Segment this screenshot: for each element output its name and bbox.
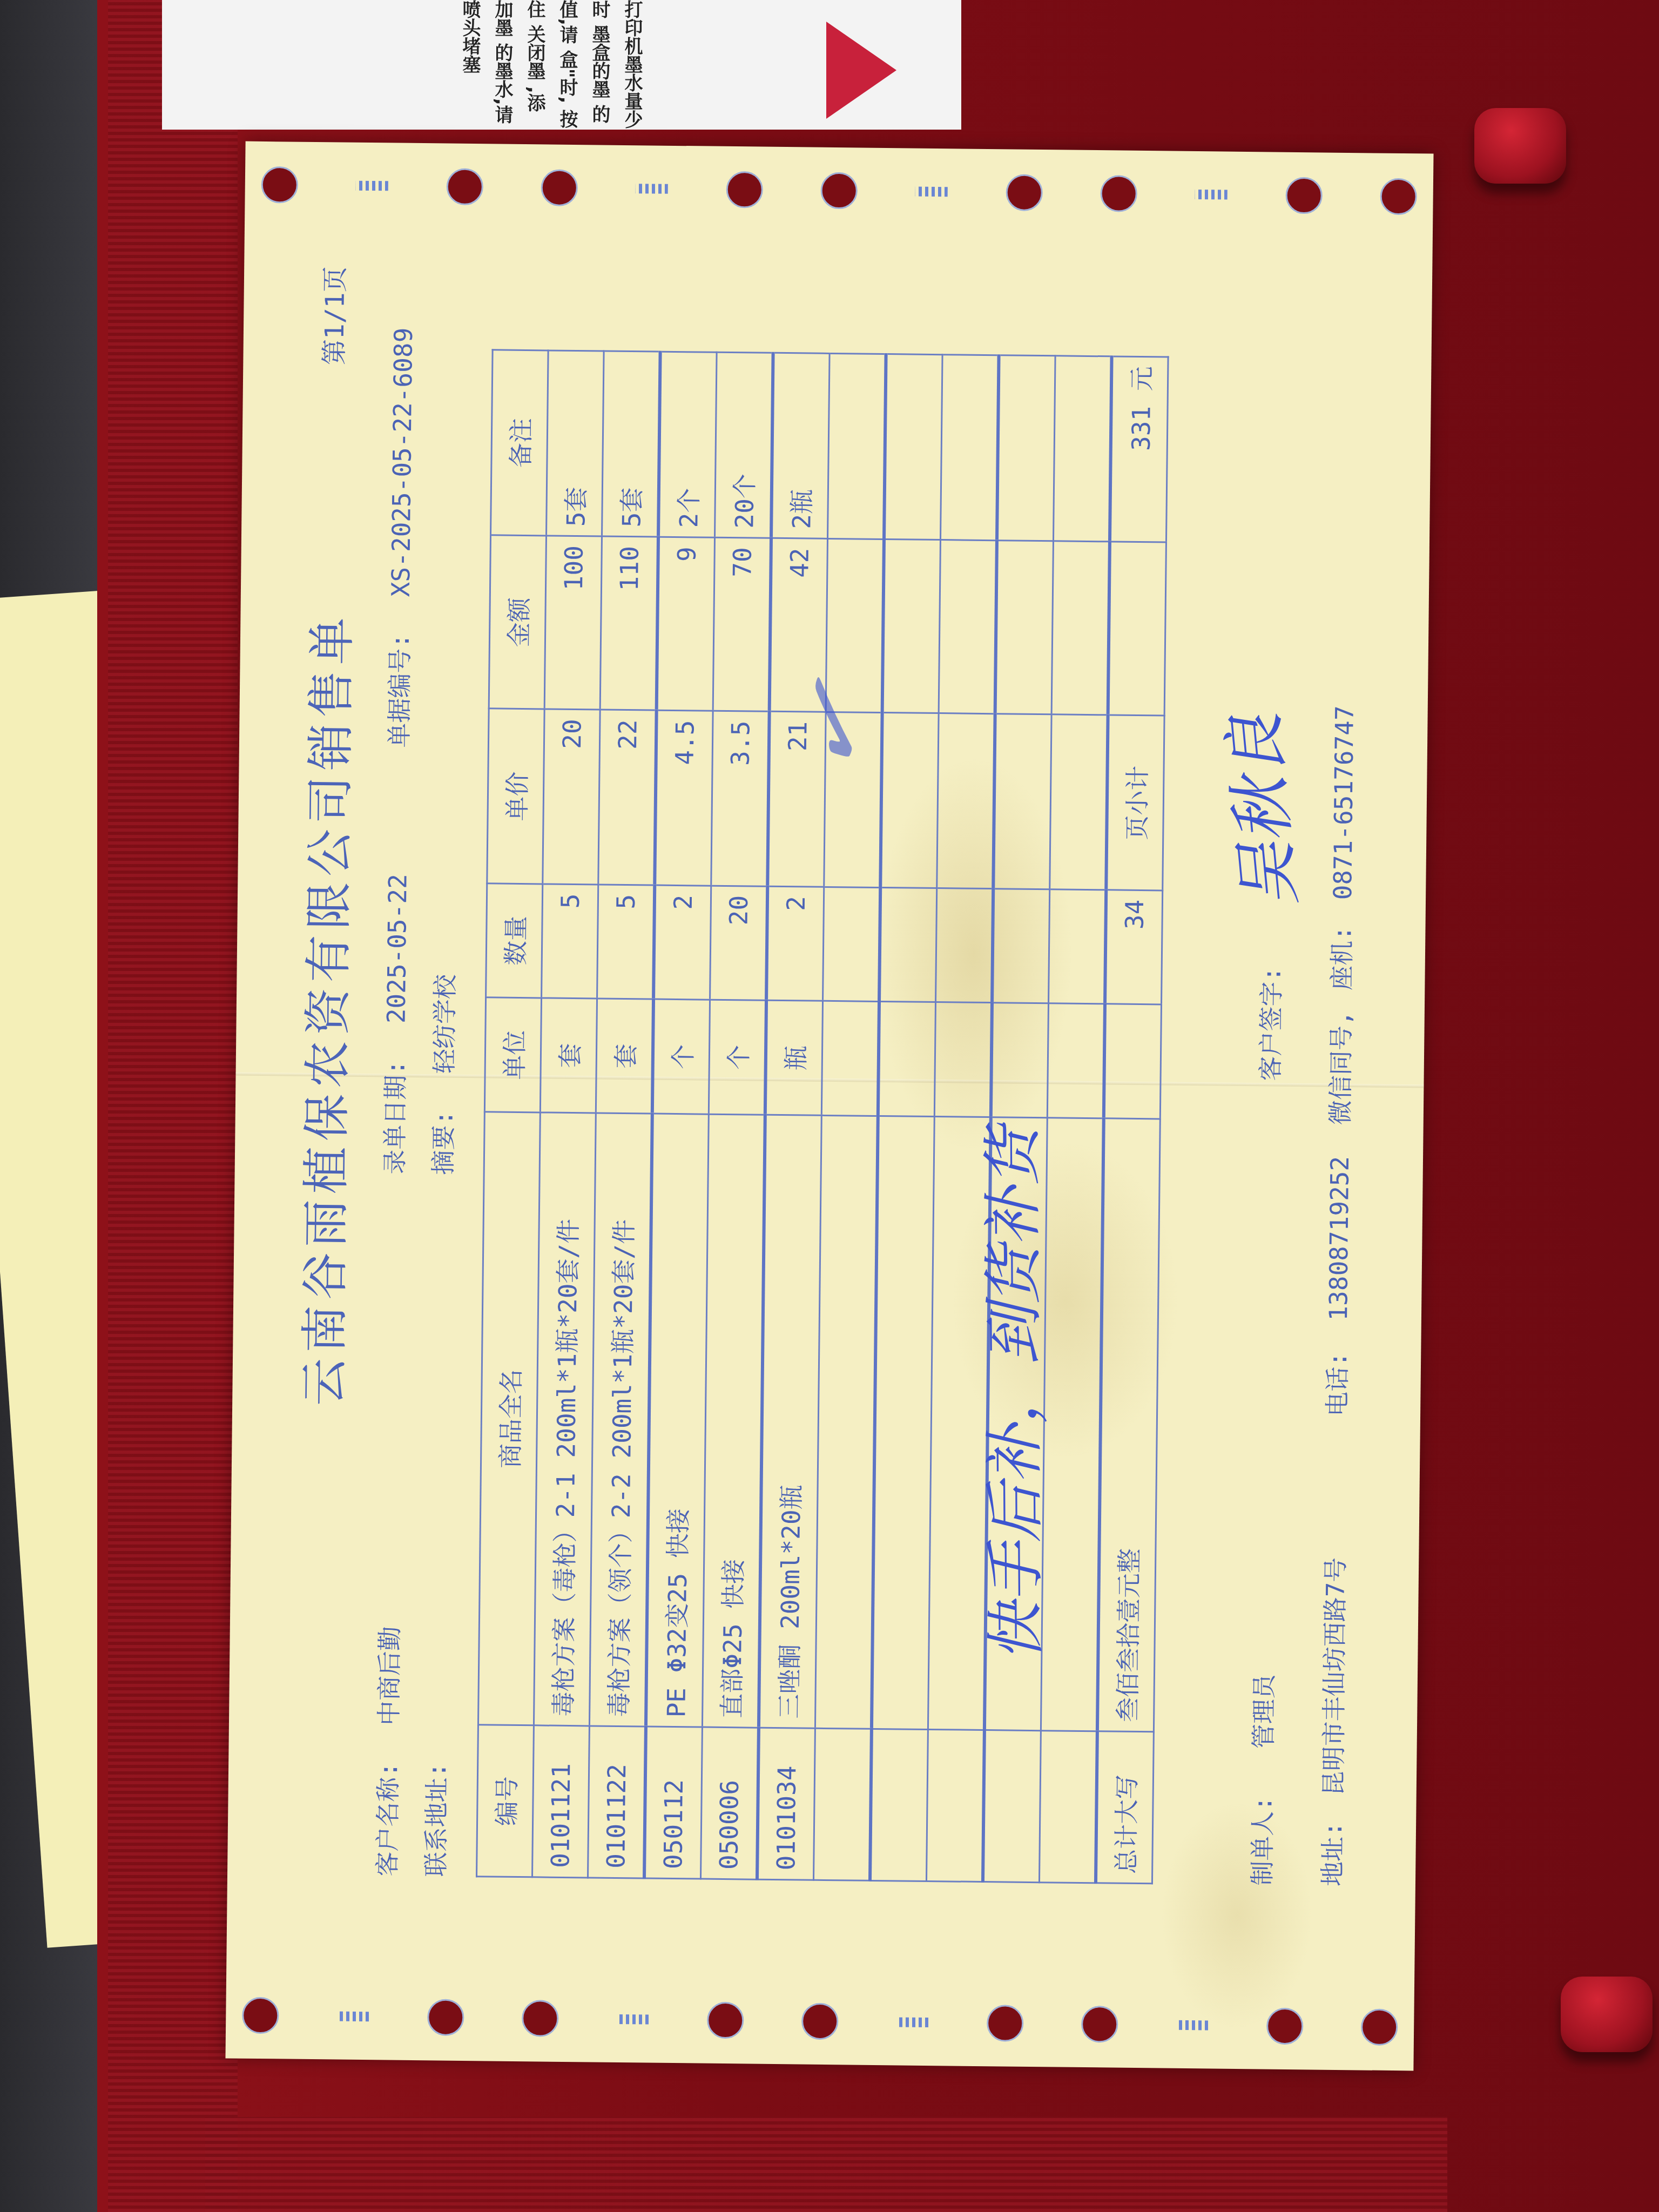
tray-ribs — [108, 0, 238, 2212]
tractor-holes-left — [242, 1983, 1398, 2060]
perforation — [356, 181, 388, 191]
hole — [726, 171, 763, 208]
maker-label: 制单人: — [1247, 1796, 1278, 1885]
phone-value: 13808719252 — [1324, 1156, 1354, 1321]
cell-name: 毒枪方案（领个）2-2 200ml*1瓶*20套/件 — [589, 1113, 652, 1727]
cell-qty: 20 — [710, 886, 768, 1001]
perforation — [1195, 190, 1228, 200]
cell-price: 20 — [543, 709, 600, 884]
cell-amount: 9 — [657, 537, 715, 711]
col-amount: 金额 — [489, 535, 546, 709]
bill-number-value: XS-2025-05-22-6089 — [386, 327, 418, 597]
hole — [1006, 174, 1043, 211]
hole — [1285, 177, 1323, 214]
perforation — [616, 2014, 649, 2025]
hole — [707, 2002, 744, 2039]
date-label: 录单日期: — [380, 1060, 410, 1175]
wechat-note: 微信同号, — [1326, 1010, 1356, 1125]
cell-unit: 瓶 — [765, 1001, 823, 1116]
summary-value: 轻纺学校 — [430, 974, 460, 1074]
hole — [1266, 2008, 1303, 2045]
page-subtotal-label: 页小计 — [1106, 715, 1164, 890]
cell-qty: 2 — [653, 885, 711, 1000]
bill-number-label: 单据编号: — [385, 633, 415, 748]
date-value: 2025-05-22 — [382, 874, 413, 1024]
cell-name: PE Φ32变25 快接 — [646, 1114, 709, 1727]
cell-code: 050006 — [701, 1727, 759, 1879]
cell-code: 050112 — [644, 1727, 702, 1879]
cell-code: 0101122 — [588, 1726, 646, 1878]
sales-receipt: 云南谷雨植保农资有限公司销售单 第1/1页 客户名称: 中商后勤 联系地址: 录… — [225, 141, 1433, 2071]
cell-qty: 5 — [542, 884, 598, 999]
hole — [261, 166, 298, 204]
total-amount: 331 元 — [1110, 356, 1168, 542]
hole — [1361, 2008, 1398, 2046]
hole — [427, 1999, 464, 2036]
cell-unit: 套 — [540, 998, 597, 1113]
cell-remark: 2个 — [658, 352, 717, 537]
cell-code: 0101121 — [532, 1725, 590, 1878]
tray-knob-top — [1474, 108, 1566, 184]
tray-ribs-bottom — [205, 2117, 1447, 2212]
hole — [541, 169, 578, 206]
perforation — [915, 187, 948, 197]
phone-label: 电话: — [1323, 1352, 1352, 1417]
col-price: 单价 — [487, 709, 544, 884]
customer-row: 客户名称: 中商后勤 — [368, 1626, 406, 1877]
page-indicator: 第1/1页 — [313, 266, 352, 365]
hole — [1100, 175, 1137, 212]
perforation — [896, 2017, 928, 2027]
cell-amount: 70 — [713, 537, 771, 711]
cell-unit: 套 — [596, 999, 653, 1114]
total-in-words: 叁佰叁拾壹元整 — [1097, 1118, 1160, 1732]
cell-code: 0101034 — [757, 1728, 815, 1880]
landline-value: 0871-65176747 — [1328, 705, 1359, 900]
cell-price: 22 — [598, 710, 657, 885]
cell-remark: 20个 — [715, 352, 773, 538]
hole — [446, 168, 483, 205]
col-unit: 单位 — [484, 997, 541, 1112]
customer-value: 中商后勤 — [374, 1626, 404, 1726]
hole — [801, 2003, 839, 2040]
cell-remark: 2瓶 — [771, 353, 829, 538]
handwritten-note: 快手后补，到货补货 — [965, 1127, 1054, 1662]
hole — [820, 172, 858, 210]
address-row: 联系地址: — [416, 1741, 454, 1877]
cell-name: 直部Φ25 快接 — [702, 1114, 765, 1728]
cell-amount: 110 — [600, 536, 658, 710]
instruction-text: 打印机墨水量少时 墨盒的墨 的值,请 盒"时, 按住 关闭墨 ,添加墨 的墨水,… — [173, 0, 648, 130]
summary-label: 摘要: — [429, 1110, 458, 1175]
tray-knob-bottom — [1561, 1977, 1653, 2052]
address-label: 联系地址: — [421, 1762, 451, 1877]
tractor-holes-right — [261, 152, 1417, 229]
items-table: 编号 商品全名 单位 数量 单价 金额 备注 0101121 毒枪方案（毒枪）2… — [476, 349, 1169, 1884]
maker-value: 管理员 — [1249, 1674, 1279, 1749]
hole — [522, 2000, 559, 2037]
cell-unit: 个 — [652, 999, 710, 1114]
company-address-value: 昆明市丰仙坊西路7号 — [1319, 1557, 1351, 1796]
col-remark: 备注 — [491, 350, 549, 536]
hole — [1081, 2006, 1118, 2043]
total-quantity: 34 — [1105, 890, 1163, 1005]
company-address-row: 地址: 昆明市丰仙坊西路7号 — [1313, 1557, 1352, 1886]
customer-sign-label: 客户签字: — [1256, 967, 1286, 1081]
cell-remark: 5套 — [602, 351, 660, 537]
warning-icon — [826, 22, 896, 119]
customer-signature-row: 客户签字: — [1251, 966, 1288, 1081]
cell-qty: 2 — [766, 886, 824, 1001]
summary-row: 摘要: 轻纺学校 — [424, 974, 462, 1175]
total-label: 总计大写 — [1096, 1731, 1154, 1884]
address-value — [423, 1741, 452, 1741]
col-name: 商品全名 — [478, 1112, 540, 1725]
col-code: 编号 — [477, 1725, 534, 1877]
hole — [242, 1997, 279, 2034]
cell-name: 三唑酮 200ml*20瓶 — [759, 1115, 821, 1728]
receipt-content: 云南谷雨植保农资有限公司销售单 第1/1页 客户名称: 中商后勤 联系地址: 录… — [259, 244, 1400, 1968]
col-qty: 数量 — [486, 884, 543, 999]
instruction-card: 打印机墨水量少时 墨盒的墨 的值,请 盒"时, 按住 关闭墨 ,添加墨 的墨水,… — [162, 0, 961, 130]
company-address-label: 地址: — [1318, 1822, 1347, 1886]
date-row: 录单日期: 2025-05-22 — [375, 874, 414, 1175]
perforation — [636, 184, 668, 194]
cell-qty: 5 — [597, 885, 655, 1000]
hole — [987, 2005, 1024, 2042]
phone-row: 电话: 13808719252 微信同号, 座机: 0871-65176747 — [1318, 705, 1361, 1417]
customer-signature: 吴秋良 — [1202, 710, 1312, 912]
perforation — [337, 2012, 369, 2022]
cell-name: 毒枪方案（毒枪）2-1 200ml*1瓶*20套/件 — [534, 1112, 596, 1726]
cell-unit: 个 — [709, 1000, 766, 1115]
receipt-title: 云南谷雨植保农资有限公司销售单 — [286, 612, 362, 1406]
customer-label: 客户名称: — [373, 1762, 403, 1877]
cell-remark: 5套 — [547, 350, 604, 536]
bill-number-row: 单据编号: XS-2025-05-22-6089 — [380, 327, 420, 748]
landline-label: 座机: — [1327, 926, 1357, 990]
cell-amount: 100 — [544, 536, 602, 710]
hole — [1380, 178, 1417, 215]
cell-price: 4.5 — [655, 710, 713, 885]
perforation — [1176, 2020, 1208, 2031]
maker-row: 制单人: 管理员 — [1243, 1674, 1280, 1886]
